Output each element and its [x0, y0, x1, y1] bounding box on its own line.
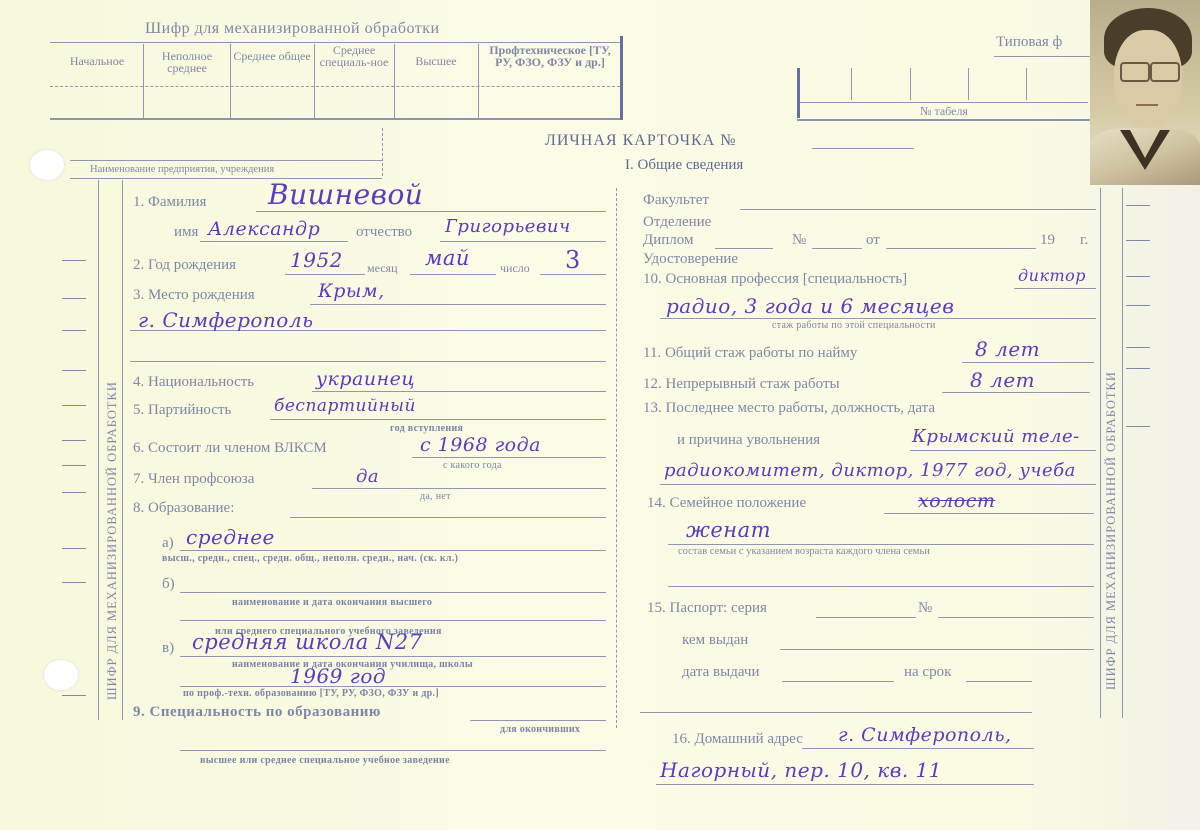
address-label: 16. Домашний адрес — [672, 731, 803, 748]
birth-day-line — [540, 274, 606, 275]
tick — [1126, 240, 1150, 241]
family-label: 14. Семейное положение — [647, 495, 806, 512]
tab-divider — [910, 68, 911, 100]
col-divider — [314, 44, 315, 118]
address-line2 — [656, 784, 1034, 785]
tick — [62, 440, 86, 441]
enterprise-divider — [382, 128, 383, 176]
education-c-label: в) — [162, 640, 174, 657]
col-general-secondary: Среднее общее — [232, 50, 312, 62]
birth-year-value[interactable]: 1952 — [290, 248, 343, 272]
tick — [62, 582, 86, 583]
birthplace-line3 — [130, 361, 606, 362]
last-job-label1: 13. Последнее место работы, должность, д… — [643, 400, 935, 417]
education-a-value[interactable]: среднее — [186, 525, 275, 549]
diploma-year-suffix: г. — [1080, 232, 1088, 249]
last-job-label2: и причина увольнения — [677, 432, 820, 449]
union-label: 7. Член профсоюза — [133, 471, 254, 488]
passport-issued-by-line — [780, 649, 1094, 650]
education-c-caption2: по проф.-техн. образованию [ТУ, РУ, ФЗО,… — [183, 688, 439, 699]
tab-divider — [1026, 68, 1027, 100]
tick — [62, 260, 86, 261]
tick — [62, 370, 86, 371]
left-strip-outer — [98, 180, 99, 720]
surname-value[interactable]: Вишневой — [268, 178, 423, 211]
address-value2[interactable]: Нагорный, пер. 10, кв. 11 — [660, 758, 942, 782]
profession-line1 — [1014, 288, 1096, 289]
tick — [62, 465, 86, 466]
total-experience-line — [962, 362, 1094, 363]
address-line1 — [802, 748, 1034, 749]
birthplace-value1[interactable]: Крым, — [318, 280, 385, 302]
tick — [1126, 347, 1150, 348]
komsomol-label: 6. Состоит ли членом ВЛКСМ — [133, 440, 327, 457]
right-strip-outer — [1100, 188, 1101, 718]
union-caption: да, нет — [420, 491, 451, 502]
portrait-photo — [1090, 0, 1200, 185]
total-experience-label: 11. Общий стаж работы по найму — [643, 345, 857, 362]
birth-year-label: 2. Год рождения — [133, 257, 236, 274]
tab-bottom — [797, 119, 1092, 121]
nationality-label: 4. Национальность — [133, 374, 254, 391]
tab-divider — [968, 68, 969, 100]
passport-label: 15. Паспорт: серия — [647, 600, 767, 617]
col-divider — [394, 44, 395, 118]
last-job-line1 — [910, 450, 1096, 451]
col-incomplete-secondary: Неполное среднее — [146, 50, 228, 74]
diploma-from-label: от — [866, 232, 880, 249]
specialty-line2 — [180, 750, 606, 751]
specialty-line — [470, 720, 606, 721]
standard-form-label: Типовая ф — [996, 34, 1062, 51]
name-value[interactable]: Александр — [208, 218, 320, 240]
tick — [62, 492, 86, 493]
education-line — [290, 517, 606, 518]
specialty-caption2: высшее или среднее специальное учебное з… — [200, 755, 450, 766]
col-divider — [230, 44, 231, 118]
name-label: имя — [174, 224, 198, 241]
birth-month-label: месяц — [367, 261, 398, 276]
family-line2 — [668, 544, 1094, 545]
birthplace-label: 3. Место рождения — [133, 287, 255, 304]
table-bottom-rule — [50, 118, 623, 120]
union-line — [312, 488, 606, 489]
tick — [1126, 305, 1150, 306]
card-number-line — [812, 148, 914, 149]
specialty-label: 9. Специальность по образованию — [133, 704, 381, 721]
education-c-line — [180, 656, 606, 657]
tab-line — [800, 102, 1088, 103]
profession-line2 — [660, 318, 1096, 319]
komsomol-value[interactable]: с 1968 года — [420, 434, 541, 456]
col-specialized-secondary: Среднее специаль-ное — [316, 44, 392, 68]
birthplace-value2[interactable]: г. Симферополь — [138, 308, 313, 332]
right-strip-inner — [1122, 188, 1123, 718]
table-right-border — [620, 36, 623, 120]
education-c-value2[interactable]: 1969 год — [290, 664, 386, 688]
tick — [1126, 205, 1150, 206]
col-divider — [478, 44, 479, 118]
tab-box-left — [797, 68, 800, 118]
tick — [1126, 276, 1150, 277]
diploma-no-line — [812, 248, 862, 249]
last-job-value2[interactable]: радиокомитет, диктор, 1977 год, учеба — [664, 460, 1076, 481]
passport-series-line — [816, 617, 916, 618]
patronymic-value[interactable]: Григорьевич — [445, 216, 571, 237]
family-value-struck[interactable]: холост — [918, 490, 995, 512]
last-job-value1[interactable]: Крымский теле- — [912, 426, 1080, 447]
tick — [1126, 368, 1150, 369]
profession-caption: стаж работы по этой специальности — [772, 320, 936, 331]
tick — [62, 695, 86, 696]
punch-hole-bottom — [44, 660, 78, 690]
profession-label: 10. Основная профессия [специальность] — [643, 271, 907, 288]
education-b-label: б) — [162, 576, 175, 593]
diploma-year-prefix: 19 — [1040, 232, 1055, 249]
family-value[interactable]: женат — [686, 518, 771, 542]
birthplace-line1 — [310, 304, 606, 305]
tick — [62, 548, 86, 549]
education-b-line — [180, 592, 606, 593]
birth-day-label: число — [500, 261, 530, 276]
party-label: 5. Партийность — [133, 402, 231, 419]
diploma-line — [715, 248, 773, 249]
tick — [1126, 426, 1150, 427]
faculty-label: Факультет — [643, 192, 709, 209]
col-vocational: Профтехническое [ТУ, РУ, ФЗО, ФЗУ и др.] — [482, 44, 618, 68]
education-b-caption1: наименование и дата окончания высшего — [232, 597, 432, 608]
department-label: Отделение — [643, 214, 711, 231]
passport-issue-date-label: дата выдачи — [682, 664, 759, 681]
komsomol-line — [412, 457, 606, 458]
union-value[interactable]: да — [356, 466, 379, 487]
diploma-no-label: № — [792, 232, 806, 249]
continuous-experience-value[interactable]: 8 лет — [970, 368, 1035, 392]
education-a-caption: высш., средн., спец., средн. общ., непол… — [162, 553, 458, 564]
enterprise-caption: Наименование предприятия, учреждения — [90, 164, 274, 175]
birth-day-value[interactable]: 3 — [565, 246, 581, 274]
specialty-caption1: для окончивших — [500, 724, 580, 735]
surname-line — [256, 211, 606, 212]
patronymic-label: отчество — [356, 224, 412, 241]
passport-bottom-line — [640, 712, 1032, 713]
personal-record-card: Шифр для механизированной обработки Нача… — [0, 0, 1200, 830]
last-job-line2 — [660, 484, 1096, 485]
continuous-experience-line — [942, 392, 1090, 393]
tick — [62, 298, 86, 299]
family-caption: состав семьи с указанием возраста каждог… — [678, 546, 930, 557]
tab-number-caption: № табеля — [920, 104, 968, 119]
col-elementary: Начальное — [52, 55, 142, 67]
birth-month-line — [410, 274, 496, 275]
section-title: I. Общие сведения — [625, 157, 743, 174]
birth-year-line — [285, 274, 365, 275]
column-divider — [616, 188, 617, 728]
passport-no-label: № — [918, 600, 932, 617]
nationality-value[interactable]: украинец — [316, 368, 415, 390]
family-line3 — [668, 586, 1094, 587]
profession-value1[interactable]: диктор — [1018, 266, 1086, 285]
passport-term-line — [966, 681, 1032, 682]
standard-form-underline — [994, 56, 1090, 57]
diploma-label: Диплом — [643, 232, 693, 249]
tab-divider — [851, 68, 852, 100]
education-c-value[interactable]: средняя школа N27 — [192, 630, 423, 654]
family-line — [884, 513, 1094, 514]
party-line — [270, 419, 606, 420]
party-caption: год вступления — [390, 423, 463, 434]
enterprise-line — [70, 160, 382, 161]
address-value1[interactable]: г. Симферополь, — [838, 724, 1012, 746]
col-divider — [143, 44, 144, 118]
patronymic-line — [440, 241, 606, 242]
education-a-label: а) — [162, 535, 174, 552]
certificate-label: Удостоверение — [643, 251, 738, 268]
tick — [62, 405, 86, 406]
card-title: ЛИЧНАЯ КАРТОЧКА № — [545, 132, 737, 150]
education-label: 8. Образование: — [133, 500, 234, 517]
cipher-title: Шифр для механизированной обработки — [145, 20, 440, 38]
education-b-line2 — [180, 620, 606, 621]
name-line — [200, 241, 348, 242]
nationality-line — [312, 391, 606, 392]
continuous-experience-label: 12. Непрерывный стаж работы — [643, 376, 840, 393]
birth-month-value[interactable]: май — [425, 246, 470, 270]
surname-label: 1. Фамилия — [133, 194, 206, 211]
passport-no-line — [938, 617, 1094, 618]
tick — [62, 330, 86, 331]
punch-hole-top — [30, 150, 64, 180]
passport-issue-date-line — [782, 681, 894, 682]
party-value[interactable]: беспартийный — [274, 396, 416, 416]
total-experience-value[interactable]: 8 лет — [975, 337, 1040, 361]
diploma-date-line — [886, 248, 1036, 249]
col-higher: Высшее — [396, 55, 476, 67]
right-cipher-label: ШИФР ДЛЯ МЕХАНИЗИРОВАННОЙ ОБРАБОТКИ — [1104, 371, 1119, 690]
profession-value2[interactable]: радио, 3 года и 6 месяцев — [666, 294, 954, 318]
header-sep — [50, 86, 620, 87]
faculty-line — [740, 209, 1096, 210]
komsomol-caption: с какого года — [443, 460, 502, 471]
passport-issued-by-label: кем выдан — [682, 632, 748, 649]
left-strip-inner — [122, 180, 123, 720]
left-cipher-label: ШИФР ДЛЯ МЕХАНИЗИРОВАННОЙ ОБРАБОТКИ — [105, 381, 120, 700]
passport-term-label: на срок — [904, 664, 951, 681]
education-c-line2 — [180, 686, 606, 687]
education-a-line — [180, 550, 606, 551]
